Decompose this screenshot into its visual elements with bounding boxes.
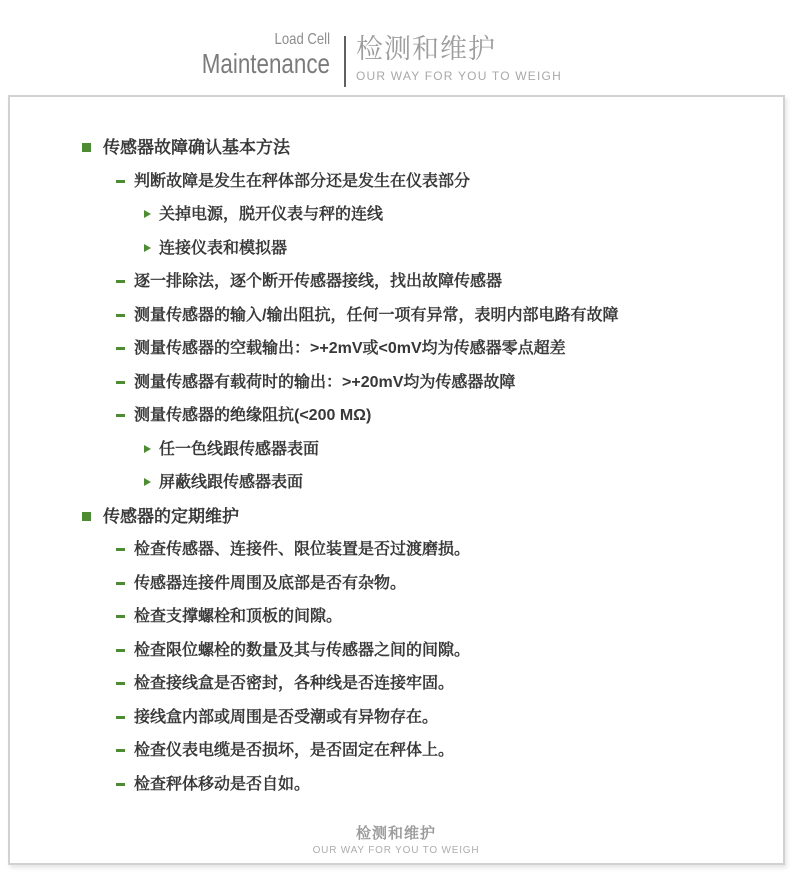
slide-page: Load Cell Maintenance 检测和维护 OUR WAY FOR … bbox=[0, 0, 792, 877]
content-box: 传感器故障确认基本方法判断故障是发生在秤体部分还是发生在仪表部分关掉电源，脱开仪… bbox=[8, 95, 785, 865]
triangle-icon bbox=[144, 210, 151, 218]
list-item: 接线盒内部或周围是否受潮或有异物存在。 bbox=[10, 707, 783, 728]
list-item-label: 测量传感器的输入/输出阻抗，任何一项有异常，表明内部电路有故障 bbox=[134, 305, 618, 326]
list-item-label: 检查限位螺栓的数量及其与传感器之间的间隙。 bbox=[134, 640, 470, 661]
bullet-square-icon bbox=[82, 512, 91, 521]
dash-icon bbox=[116, 682, 125, 685]
list-item-label: 检查传感器、连接件、限位装置是否过渡磨损。 bbox=[134, 539, 470, 560]
list-item-label: 检查接线盒是否密封，各种线是否连接牢固。 bbox=[134, 673, 454, 694]
list-item-label: 测量传感器的空载输出：>+2mV或<0mV均为传感器零点超差 bbox=[134, 338, 566, 359]
list-item-label: 关掉电源，脱开仪表与秤的连线 bbox=[159, 204, 383, 225]
slide-section: 传感器的定期维护检查传感器、连接件、限位装置是否过渡磨损。传感器连接件周围及底部… bbox=[10, 506, 783, 795]
section-title: 传感器故障确认基本方法 bbox=[10, 137, 783, 158]
list-item-label: 检查秤体移动是否自如。 bbox=[134, 774, 310, 795]
list-item: 测量传感器的绝缘阻抗(<200 MΩ) bbox=[10, 405, 783, 426]
list-item: 判断故障是发生在秤体部分还是发生在仪表部分 bbox=[10, 171, 783, 192]
brand-block: Load Cell Maintenance bbox=[0, 31, 330, 79]
dash-icon bbox=[116, 280, 125, 283]
list-item: 检查秤体移动是否自如。 bbox=[10, 774, 783, 795]
bullet-square-icon bbox=[82, 143, 91, 152]
header-title: 检测和维护 bbox=[356, 34, 562, 64]
dash-icon bbox=[116, 414, 125, 417]
dash-icon bbox=[116, 749, 125, 752]
dash-icon bbox=[116, 314, 125, 317]
list-item: 检查传感器、连接件、限位装置是否过渡磨损。 bbox=[10, 539, 783, 560]
list-item-label: 接线盒内部或周围是否受潮或有异物存在。 bbox=[134, 707, 438, 728]
list-item: 连接仪表和模拟器 bbox=[10, 238, 783, 259]
list-item: 屏蔽线跟传感器表面 bbox=[10, 472, 783, 493]
list-item: 测量传感器有载荷时的输出：>+20mV均为传感器故障 bbox=[10, 372, 783, 393]
dash-icon bbox=[116, 649, 125, 652]
header-divider bbox=[344, 36, 346, 87]
footer-tagline: OUR WAY FOR YOU TO WEIGH bbox=[0, 845, 792, 857]
header-tagline: OUR WAY FOR YOU TO WEIGH bbox=[356, 69, 562, 83]
dash-icon bbox=[116, 783, 125, 786]
slide-section: 传感器故障确认基本方法判断故障是发生在秤体部分还是发生在仪表部分关掉电源，脱开仪… bbox=[10, 137, 783, 493]
list-item: 检查限位螺栓的数量及其与传感器之间的间隙。 bbox=[10, 640, 783, 661]
footer-title: 检测和维护 bbox=[0, 824, 792, 843]
triangle-icon bbox=[144, 478, 151, 486]
list-item-label: 逐一排除法，逐个断开传感器接线，找出故障传感器 bbox=[134, 271, 502, 292]
slide-header: Load Cell Maintenance 检测和维护 OUR WAY FOR … bbox=[0, 0, 792, 95]
triangle-icon bbox=[144, 445, 151, 453]
list-item: 传感器连接件周围及底部是否有杂物。 bbox=[10, 573, 783, 594]
list-item: 关掉电源，脱开仪表与秤的连线 bbox=[10, 204, 783, 225]
header-title-block: 检测和维护 OUR WAY FOR YOU TO WEIGH bbox=[356, 34, 562, 83]
list-item-label: 屏蔽线跟传感器表面 bbox=[159, 472, 303, 493]
brand-maintenance: Maintenance bbox=[66, 49, 330, 79]
dash-icon bbox=[116, 548, 125, 551]
dash-icon bbox=[116, 381, 125, 384]
section-title-label: 传感器的定期维护 bbox=[103, 506, 239, 527]
list-item-label: 检查仪表电缆是否损坏，是否固定在秤体上。 bbox=[134, 740, 454, 761]
list-item: 测量传感器的空载输出：>+2mV或<0mV均为传感器零点超差 bbox=[10, 338, 783, 359]
list-item-label: 任一色线跟传感器表面 bbox=[159, 439, 319, 460]
bullet-sections: 传感器故障确认基本方法判断故障是发生在秤体部分还是发生在仪表部分关掉电源，脱开仪… bbox=[10, 97, 783, 795]
section-title-label: 传感器故障确认基本方法 bbox=[103, 137, 290, 158]
slide-footer: 检测和维护 OUR WAY FOR YOU TO WEIGH bbox=[0, 824, 792, 857]
list-item: 逐一排除法，逐个断开传感器接线，找出故障传感器 bbox=[10, 271, 783, 292]
list-item-label: 判断故障是发生在秤体部分还是发生在仪表部分 bbox=[134, 171, 470, 192]
list-item: 检查仪表电缆是否损坏，是否固定在秤体上。 bbox=[10, 740, 783, 761]
list-item-label: 传感器连接件周围及底部是否有杂物。 bbox=[134, 573, 406, 594]
list-item: 检查支撑螺栓和顶板的间隙。 bbox=[10, 606, 783, 627]
triangle-icon bbox=[144, 244, 151, 252]
list-item: 检查接线盒是否密封，各种线是否连接牢固。 bbox=[10, 673, 783, 694]
list-item-label: 测量传感器有载荷时的输出：>+20mV均为传感器故障 bbox=[134, 372, 515, 393]
list-item: 任一色线跟传感器表面 bbox=[10, 439, 783, 460]
list-item: 测量传感器的输入/输出阻抗，任何一项有异常，表明内部电路有故障 bbox=[10, 305, 783, 326]
dash-icon bbox=[116, 716, 125, 719]
dash-icon bbox=[116, 180, 125, 183]
dash-icon bbox=[116, 347, 125, 350]
brand-load-cell: Load Cell bbox=[59, 31, 330, 48]
dash-icon bbox=[116, 582, 125, 585]
list-item-label: 连接仪表和模拟器 bbox=[159, 238, 287, 259]
section-title: 传感器的定期维护 bbox=[10, 506, 783, 527]
list-item-label: 测量传感器的绝缘阻抗(<200 MΩ) bbox=[134, 405, 371, 426]
dash-icon bbox=[116, 615, 125, 618]
list-item-label: 检查支撑螺栓和顶板的间隙。 bbox=[134, 606, 342, 627]
